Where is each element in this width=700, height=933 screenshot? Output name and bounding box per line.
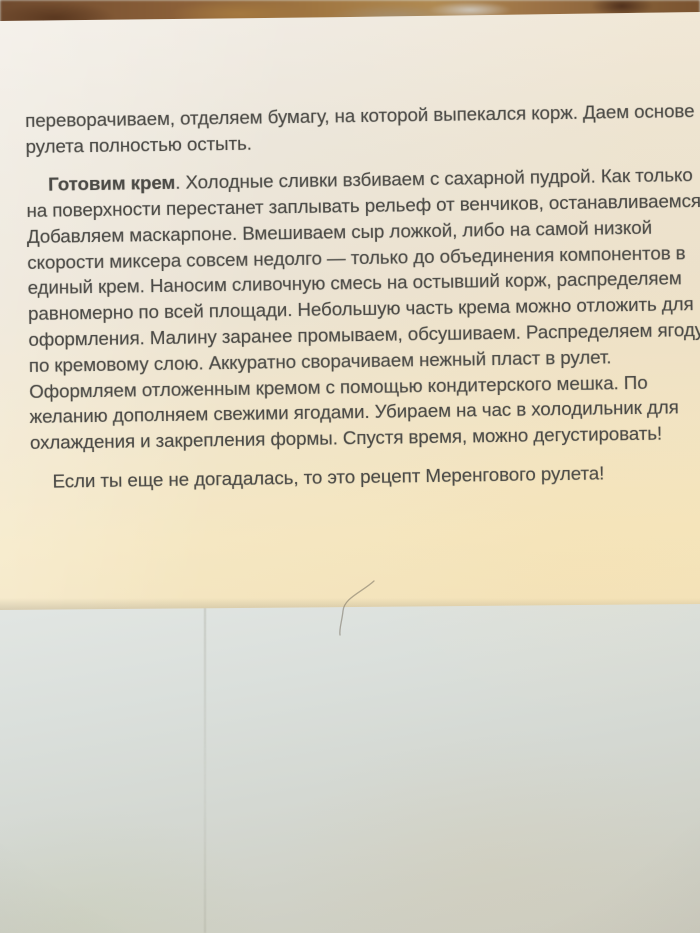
stray-hair (328, 572, 388, 640)
bold-lead: Готовим крем (48, 172, 175, 195)
recipe-page: переворачиваем, отделяем бумагу, на кото… (0, 0, 700, 612)
document-photo: переворачиваем, отделяем бумагу, на кото… (0, 0, 700, 933)
recipe-text: переворачиваем, отделяем бумагу, на кото… (25, 98, 691, 507)
under-sheet (0, 598, 700, 933)
paragraph-reveal: Если ты еще не догадалась, то это рецепт… (30, 459, 690, 495)
paper-crease (204, 606, 206, 933)
paragraph-cooling: переворачиваем, отделяем бумагу, на кото… (25, 98, 686, 159)
paragraph-cream-instructions: Готовим крем. Холодные сливки взбиваем с… (26, 162, 690, 456)
text-line: Если ты еще не догадалась, то это рецепт… (30, 459, 690, 495)
